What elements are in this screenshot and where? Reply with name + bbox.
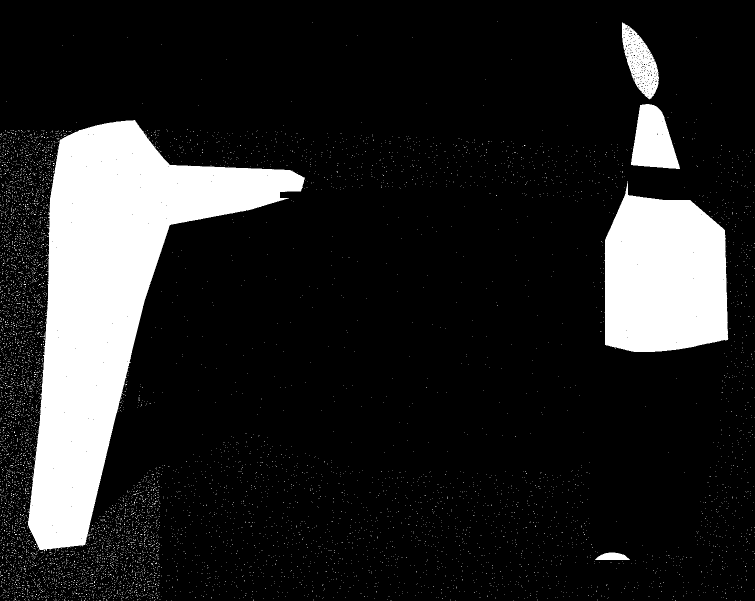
photograph xyxy=(0,0,755,601)
right-person-collar xyxy=(628,165,700,200)
dithered-scene xyxy=(0,0,755,601)
